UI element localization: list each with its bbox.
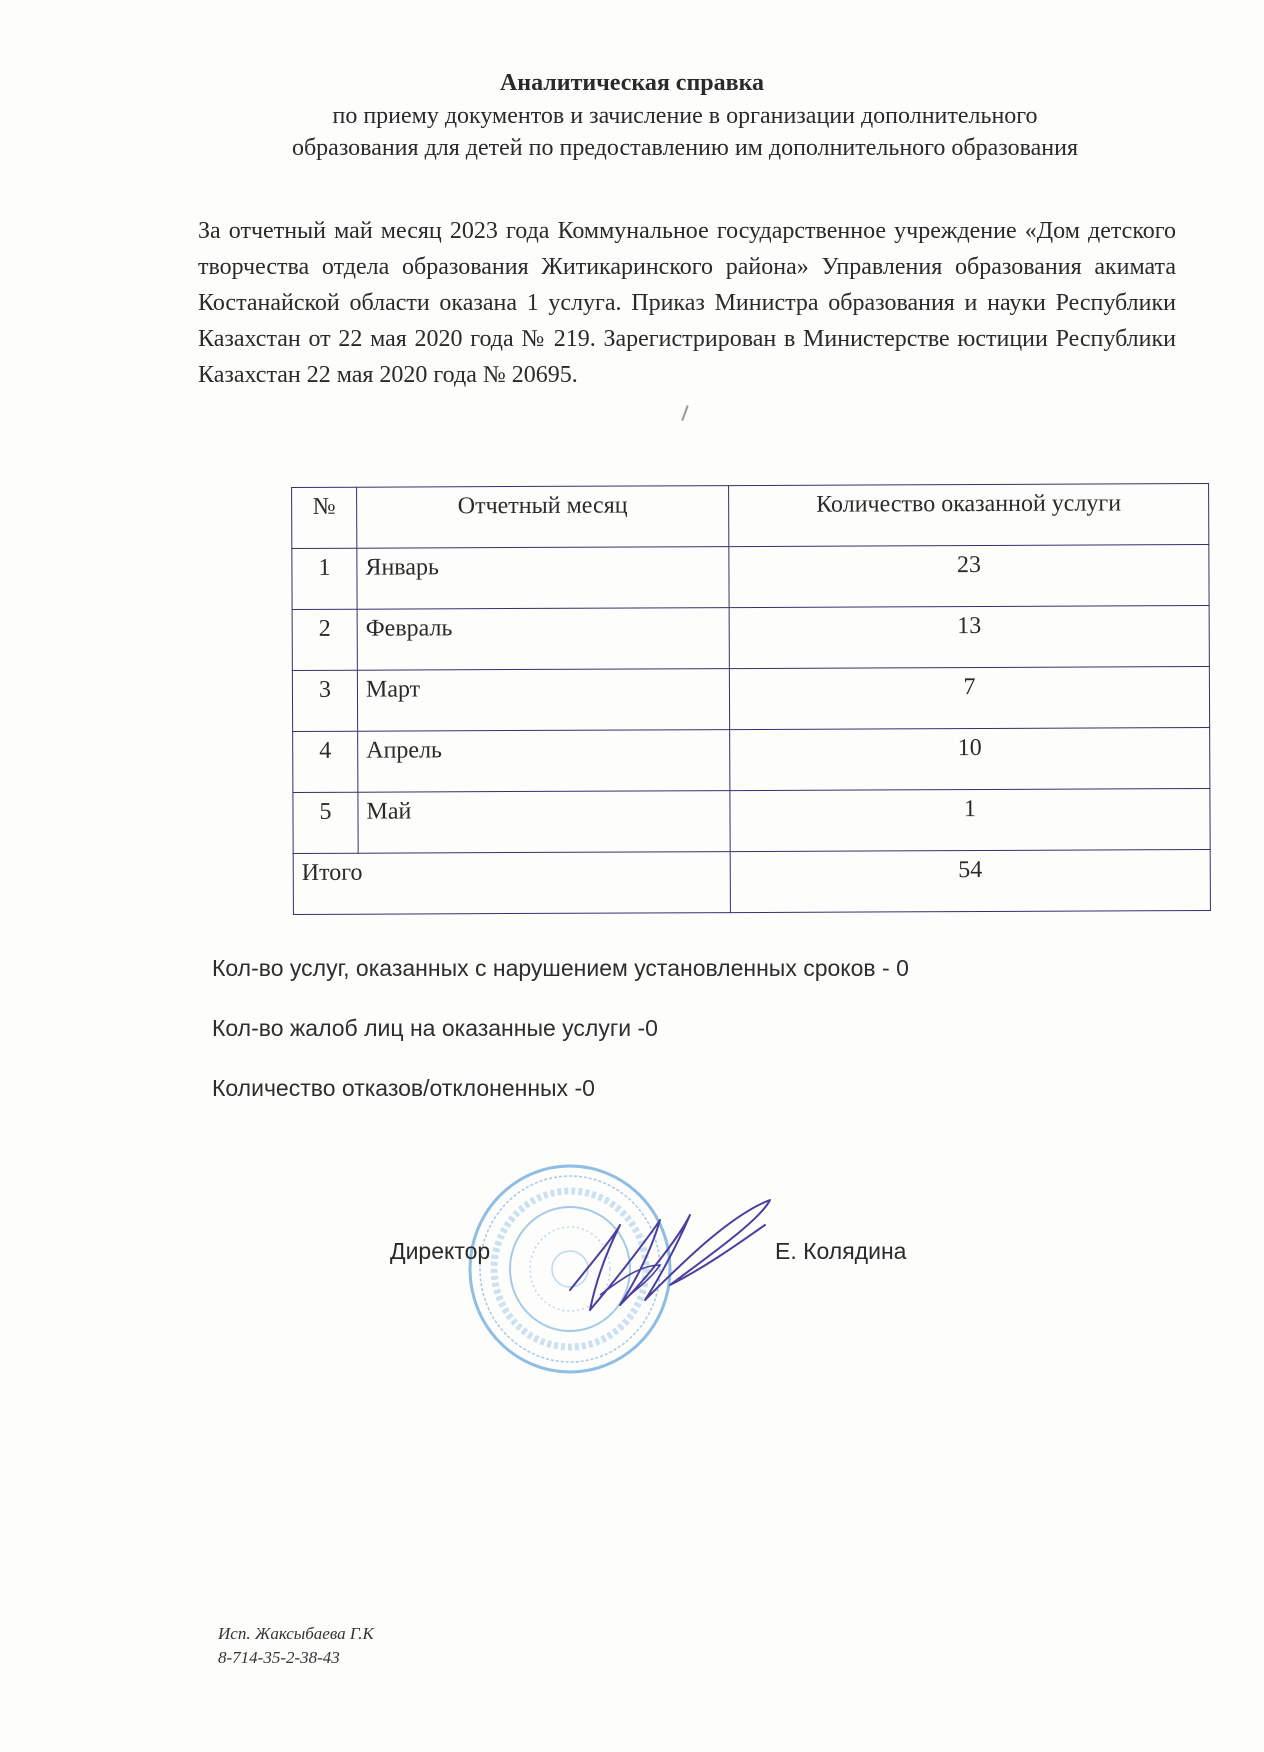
scan-artifact (681, 405, 688, 421)
total-value: 54 (730, 849, 1210, 912)
row-count: 10 (730, 727, 1210, 790)
row-month: Февраль (357, 608, 729, 671)
subtitle-line-2: образования для детей по предоставлению … (195, 132, 1175, 164)
row-month: Апрель (358, 730, 730, 793)
stat-rejections: Количество отказов/отклоненных -0 (212, 1075, 595, 1102)
executor-name: Исп. Жаксыбаева Г.К (218, 1622, 374, 1646)
total-label: Итого (293, 852, 730, 915)
row-count: 1 (730, 788, 1210, 851)
row-count: 13 (729, 606, 1209, 669)
row-number: 2 (292, 609, 357, 670)
row-number: 4 (293, 731, 358, 792)
header-number: № (292, 487, 357, 548)
row-month: Март (357, 669, 729, 732)
signature-icon (560, 1195, 780, 1325)
services-table: № Отчетный месяц Количество оказанной ус… (291, 483, 1211, 915)
row-number: 5 (293, 792, 358, 853)
signer-position: Директор (390, 1238, 490, 1265)
table-row: 3 Март 7 (292, 666, 1209, 731)
row-number: 1 (292, 548, 357, 609)
table-total-row: Итого 54 (293, 849, 1210, 914)
table-row: 5 Май 1 (293, 788, 1210, 853)
row-count: 7 (729, 666, 1209, 729)
footer: Исп. Жаксыбаева Г.К 8-714-35-2-38-43 (218, 1622, 374, 1670)
subtitle-line-1: по приему документов и зачисление в орга… (195, 100, 1175, 132)
table-row: 2 Февраль 13 (292, 606, 1209, 671)
header-month: Отчетный месяц (357, 486, 729, 549)
signer-name: Е. Колядина (775, 1238, 906, 1265)
document-subtitle: по приему документов и зачисление в орга… (195, 100, 1175, 164)
table-row: 1 Январь 23 (292, 545, 1209, 610)
row-number: 3 (292, 670, 357, 731)
row-month: Январь (357, 547, 729, 610)
header-count: Количество оказанной услуги (729, 484, 1209, 547)
executor-phone: 8-714-35-2-38-43 (218, 1646, 374, 1670)
row-month: Май (358, 791, 730, 854)
table-header-row: № Отчетный месяц Количество оказанной ус… (292, 484, 1209, 549)
stat-violations: Кол-во услуг, оказанных с нарушением уст… (212, 955, 909, 982)
stat-complaints: Кол-во жалоб лиц на оказанные услуги -0 (212, 1015, 658, 1042)
document-title: Аналитическая справка (0, 70, 1264, 97)
table-row: 4 Апрель 10 (293, 727, 1210, 792)
body-paragraph: За отчетный май месяц 2023 года Коммунал… (198, 213, 1176, 393)
row-count: 23 (729, 545, 1209, 608)
